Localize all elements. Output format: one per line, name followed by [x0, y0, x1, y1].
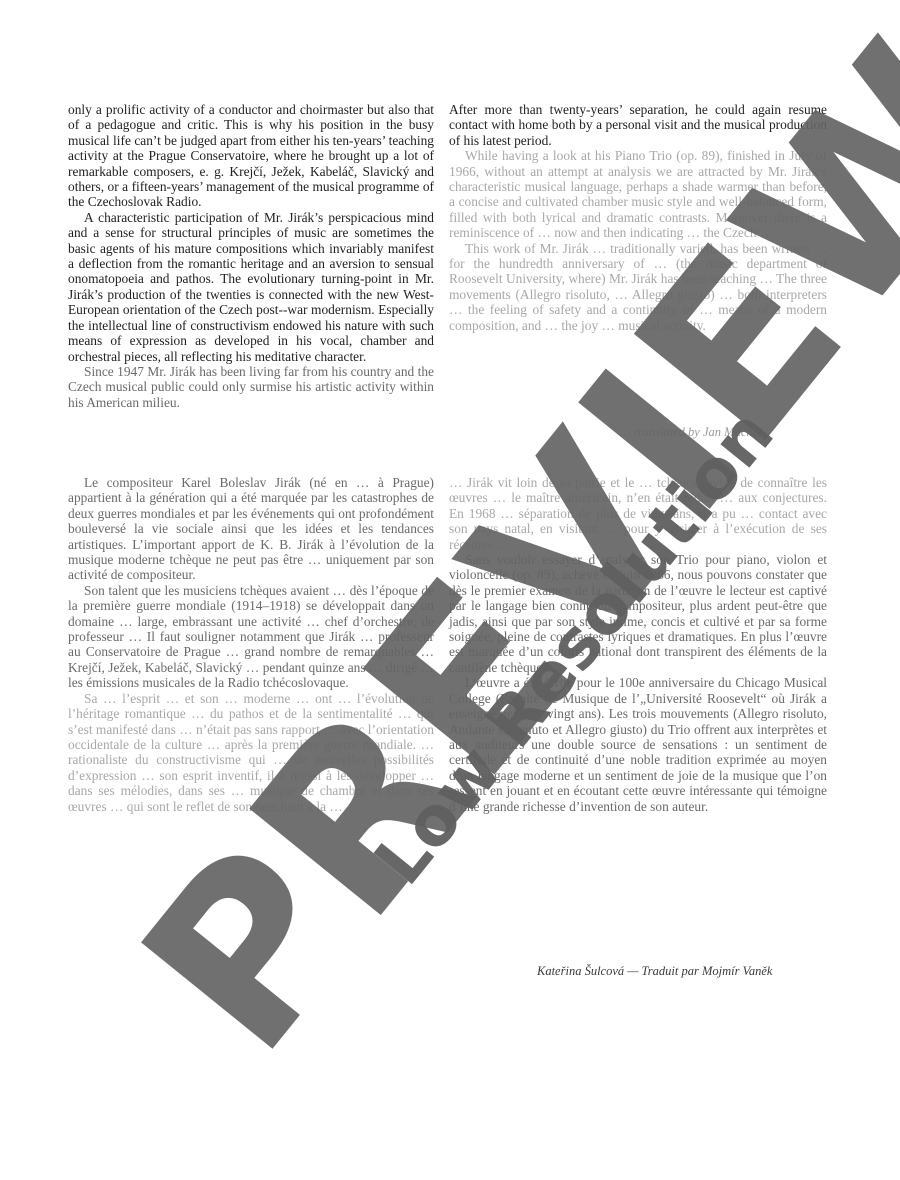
french-left-column: Le compositeur Karel Boleslav Jirák (né …	[68, 475, 434, 814]
paragraph: only a prolific activity of a conductor …	[68, 102, 434, 210]
paragraph: … Jirák vit loin de sa patrie et le … tc…	[449, 475, 827, 552]
paragraph: Sans vouloir essayer d’analyser son Trio…	[449, 552, 827, 675]
paragraph: This work of Mr. Jirák … traditionally v…	[449, 241, 827, 333]
paragraph: L’œuvre a été écrite pour le 100e annive…	[449, 675, 827, 814]
paragraph: A characteristic participation of Mr. Ji…	[68, 210, 434, 364]
paragraph: After more than twenty-years’ separation…	[449, 102, 827, 148]
english-right-column: After more than twenty-years’ separation…	[449, 102, 827, 333]
document-page: only a prolific activity of a conductor …	[0, 0, 900, 1180]
french-right-column: … Jirák vit loin de sa patrie et le … tc…	[449, 475, 827, 814]
paragraph: While having a look at his Piano Trio (o…	[449, 148, 827, 240]
paragraph: Le compositeur Karel Boleslav Jirák (né …	[68, 475, 434, 583]
author-translator-credit-french: Kateřina Šulcová — Traduit par Mojmír Va…	[537, 964, 772, 979]
english-left-column: only a prolific activity of a conductor …	[68, 102, 434, 410]
paragraph: Son talent que les musiciens tchèques av…	[68, 583, 434, 691]
paragraph: Since 1947 Mr. Jirák has been living far…	[68, 364, 434, 410]
translator-credit-english: … translated by Jan Machal	[620, 425, 762, 440]
paragraph: Sa … l’esprit … et son … moderne … ont ……	[68, 691, 434, 814]
